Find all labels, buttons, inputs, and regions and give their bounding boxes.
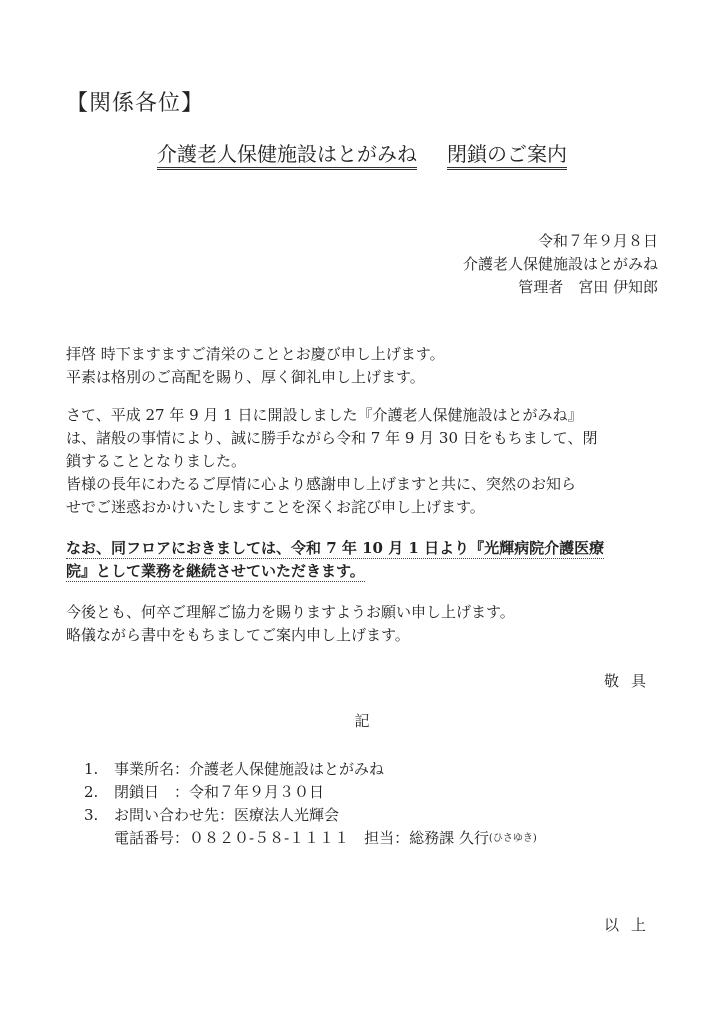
list-item: 1. 事業所名：介護老人保健施設はとがみね xyxy=(84,758,537,781)
addressee: 【関係各位】 xyxy=(66,86,204,117)
announcement-line: 皆様の長年にわたるご厚情に心より感謝申し上げますと共に、突然のお知ら xyxy=(66,473,666,496)
title-closure-notice: 閉鎖のご案内 xyxy=(447,142,567,170)
title-facility-name: 介護老人保健施設はとがみね xyxy=(157,142,417,170)
continuation-line: 院』として業務を継続させていただきます。 xyxy=(66,562,365,582)
announcement-line: せでご迷惑おかけいたしますことを深くお詫び申し上げます。 xyxy=(66,496,666,519)
closing-word: 敬具 xyxy=(604,670,658,691)
item-number: 2. xyxy=(84,781,114,804)
greeting-line: 平素は格別のご高配を賜り、厚く御礼申し上げます。 xyxy=(66,366,666,389)
sender-organization: 介護老人保健施設はとがみね xyxy=(463,253,658,276)
greeting-line: 拝啓 時下ますますご清栄のこととお慶び申し上げます。 xyxy=(66,343,666,366)
notes-list: 1. 事業所名：介護老人保健施設はとがみね 2. 閉鎖日 ：令和７年９月３０日 … xyxy=(84,758,537,850)
indent-spacer xyxy=(84,827,114,850)
document-title: 介護老人保健施設はとがみね閉鎖のご案内 xyxy=(0,138,724,167)
closing-line: 今後とも、何卒ご理解ご協力を賜りますようお願い申し上げます。 xyxy=(66,601,666,624)
list-item: 2. 閉鎖日 ：令和７年９月３０日 xyxy=(84,781,537,804)
list-item: 3. お問い合わせ先：医療法人光輝会 xyxy=(84,804,537,827)
sender-block: 令和７年９月８日 介護老人保健施設はとがみね 管理者 宮田 伊知郎 xyxy=(463,230,658,299)
name-reading: (ひさゆき) xyxy=(489,827,537,850)
announcement-line: さて、平成 27 年 9 月 1 日に開設しました『介護老人保健施設はとがみね』 xyxy=(66,404,666,427)
item-text: 閉鎖日 ：令和７年９月３０日 xyxy=(114,781,324,804)
continuation-line: なお、同フロアにおきましては、令和 7 年 10 月 1 日より『光輝病院介護医… xyxy=(66,539,604,559)
closing-line: 略儀ながら書中をもちましてご案内申し上げます。 xyxy=(66,624,666,647)
announcement-paragraph: さて、平成 27 年 9 月 1 日に開設しました『介護老人保健施設はとがみね』… xyxy=(66,404,666,519)
phone-contact: 電話番号：０８２０-５８-１１１１ 担当：総務課 久行 xyxy=(114,827,489,850)
announcement-line: は、諸般の事情により、誠に勝手ながら令和 7 年 9 月 30 日をもちまして、… xyxy=(66,427,666,450)
end-word: 以上 xyxy=(604,914,658,935)
item-number: 3. xyxy=(84,804,114,827)
title-gap xyxy=(417,160,447,161)
notes-heading: 記 xyxy=(0,710,724,731)
date: 令和７年９月８日 xyxy=(463,230,658,253)
announcement-line: 鎖することとなりました。 xyxy=(66,450,666,473)
sender-manager: 管理者 宮田 伊知郎 xyxy=(463,276,658,299)
item-number: 1. xyxy=(84,758,114,781)
phone-row: 電話番号：０８２０-５８-１１１１ 担当：総務課 久行(ひさゆき) xyxy=(84,827,537,850)
closing-paragraph: 今後とも、何卒ご理解ご協力を賜りますようお願い申し上げます。 略儀ながら書中をも… xyxy=(66,601,666,647)
item-text: 事業所名：介護老人保健施設はとがみね xyxy=(114,758,384,781)
greeting-paragraph: 拝啓 時下ますますご清栄のこととお慶び申し上げます。 平素は格別のご高配を賜り、… xyxy=(66,343,666,389)
continuation-paragraph: なお、同フロアにおきましては、令和 7 年 10 月 1 日より『光輝病院介護医… xyxy=(66,537,666,583)
item-text: お問い合わせ先：医療法人光輝会 xyxy=(114,804,339,827)
